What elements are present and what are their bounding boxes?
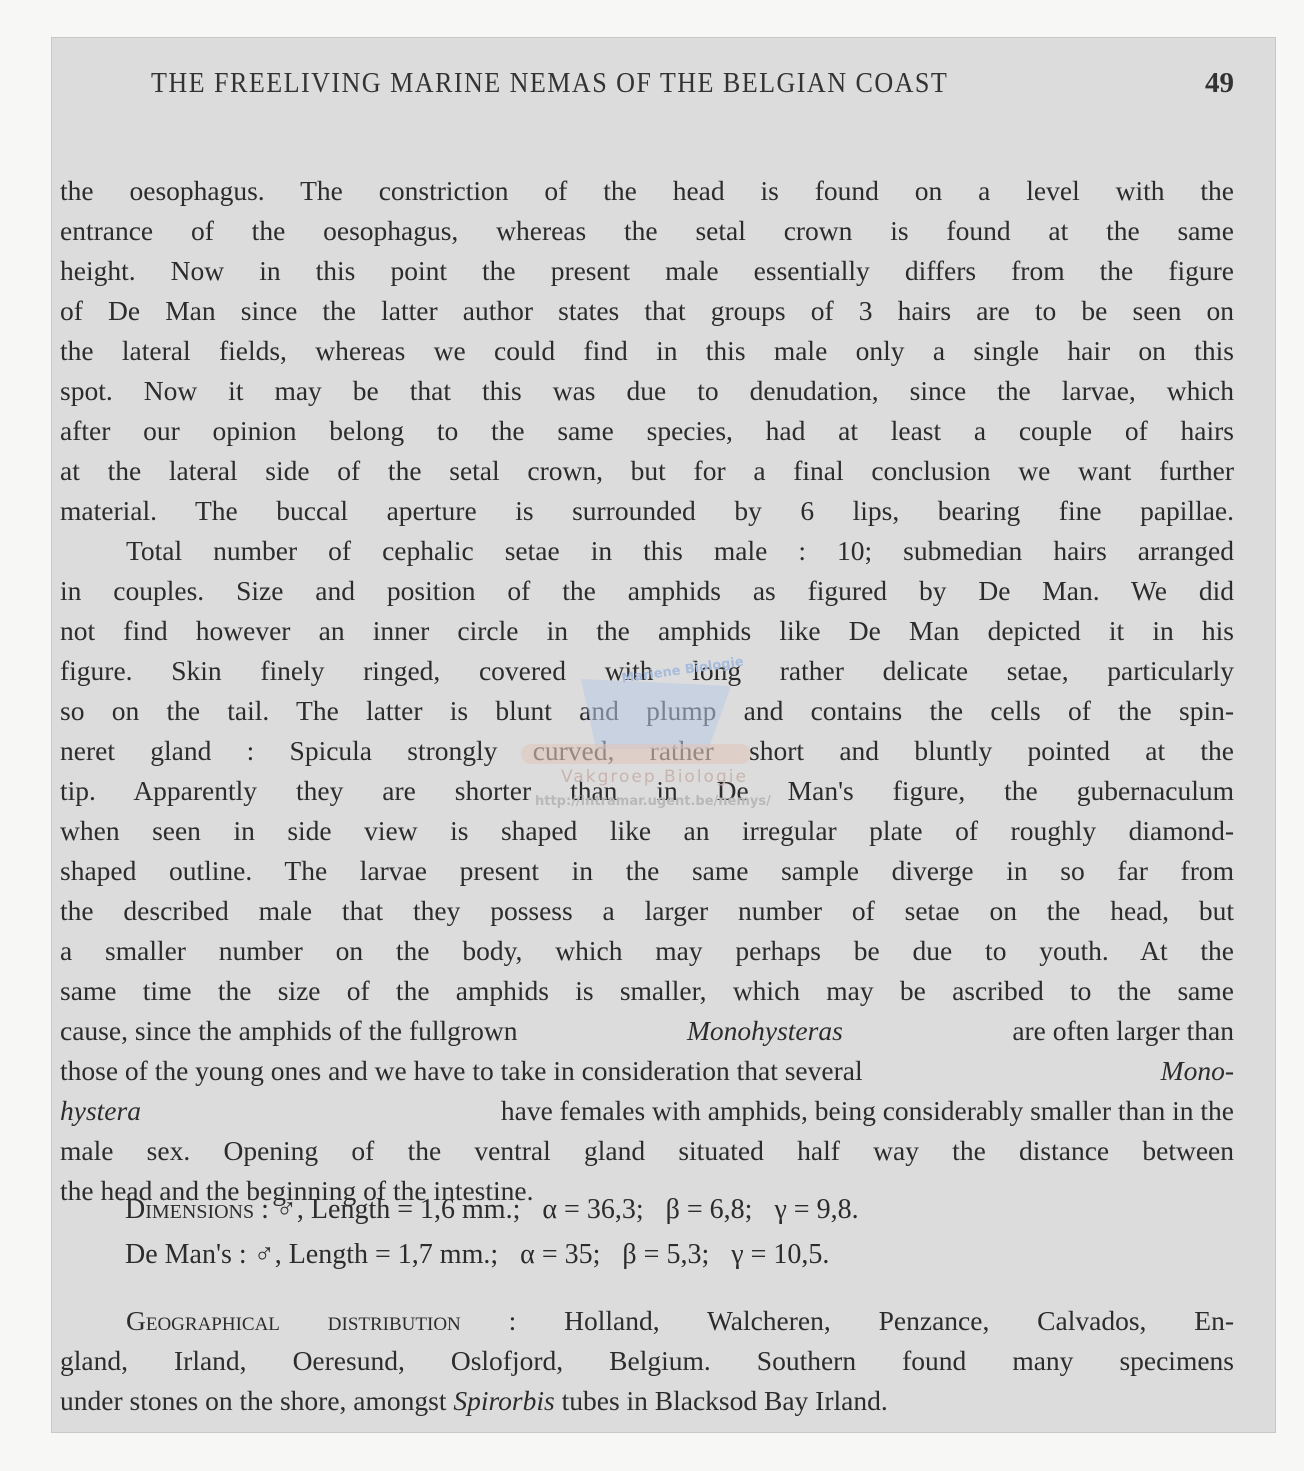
text-line: figure. Skin finely ringed, covered with… bbox=[60, 651, 1234, 691]
page-number: 49 bbox=[1205, 67, 1234, 100]
text-line: neret gland : Spicula strongly curved, r… bbox=[60, 731, 1234, 771]
text-line: same time the size of the amphids is sma… bbox=[60, 971, 1234, 1011]
separator: : bbox=[254, 1194, 276, 1225]
text-line: shaped outline. The larvae present in th… bbox=[60, 851, 1234, 891]
dimensions-label: Dimensions bbox=[125, 1194, 254, 1225]
body-paragraphs: the oesophagus. The constriction of the … bbox=[60, 171, 1234, 1211]
geographical-distribution: Geographical distribution : Holland, Wal… bbox=[60, 1301, 1234, 1421]
text-line: entrance of the oesophagus, whereas the … bbox=[60, 211, 1234, 251]
gamma-value: γ = 10,5. bbox=[731, 1239, 829, 1270]
text-line: under stones on the shore, amongst Spiro… bbox=[60, 1381, 1234, 1421]
text-line: Total number of cephalic setae in this m… bbox=[60, 531, 1234, 571]
text-line: after our opinion belong to the same spe… bbox=[60, 411, 1234, 451]
text-line: in couples. Size and position of the amp… bbox=[60, 571, 1234, 611]
text-line: spot. Now it may be that this was due to… bbox=[60, 371, 1234, 411]
italic-taxon: Mono- bbox=[1161, 1051, 1234, 1091]
text-line: not find however an inner circle in the … bbox=[60, 611, 1234, 651]
italic-taxon: hystera bbox=[60, 1091, 141, 1131]
text-line: Geographical distribution : Holland, Wal… bbox=[60, 1301, 1234, 1341]
text-fragment: those of the young ones and we have to t… bbox=[60, 1051, 863, 1091]
male-symbol-icon: ♂ bbox=[254, 1239, 275, 1270]
running-title: THE FREELIVING MARINE NEMAS OF THE BELGI… bbox=[151, 67, 948, 100]
dimensions-row-measured: Dimensions : ♂, Length = 1,6 mm.;α = 36,… bbox=[125, 1187, 1245, 1232]
dimensions-block: Dimensions : ♂, Length = 1,6 mm.;α = 36,… bbox=[125, 1187, 1245, 1277]
de-man-label: De Man's : bbox=[125, 1239, 254, 1270]
text-fragment: are often larger than bbox=[1012, 1011, 1234, 1051]
text-line: gland, Irland, Oeresund, Oslofjord, Belg… bbox=[60, 1341, 1234, 1381]
text-fragment: tubes in Blacksod Bay Irland. bbox=[555, 1385, 888, 1416]
text-fragment: : Holland, Walcheren, Penzance, Calvados… bbox=[461, 1305, 1234, 1336]
text-fragment: have females with amphids, being conside… bbox=[501, 1091, 1234, 1131]
italic-taxon: Spirorbis bbox=[453, 1385, 554, 1416]
alpha-value: α = 35; bbox=[520, 1239, 600, 1270]
italic-taxon: Monohysteras bbox=[687, 1011, 843, 1051]
text-line: so on the tail. The latter is blunt and … bbox=[60, 691, 1234, 731]
text-line-mixed: cause, since the amphids of the fullgrow… bbox=[60, 1011, 1234, 1051]
dimensions-row-de-man: De Man's : ♂, Length = 1,7 mm.;α = 35;β … bbox=[125, 1232, 1245, 1277]
text-line: the oesophagus. The constriction of the … bbox=[60, 171, 1234, 211]
text-fragment: under stones on the shore, amongst bbox=[60, 1385, 453, 1416]
text-line: material. The buccal aperture is surroun… bbox=[60, 491, 1234, 531]
beta-value: β = 5,3; bbox=[622, 1239, 709, 1270]
geo-label: Geographical distribution bbox=[126, 1305, 461, 1336]
text-line: when seen in side view is shaped like an… bbox=[60, 811, 1234, 851]
length-value: , Length = 1,7 mm.; bbox=[275, 1239, 498, 1270]
beta-value: β = 6,8; bbox=[666, 1194, 753, 1225]
male-symbol-icon: ♂ bbox=[276, 1194, 297, 1225]
alpha-value: α = 36,3; bbox=[542, 1194, 643, 1225]
length-value: , Length = 1,6 mm.; bbox=[297, 1194, 520, 1225]
text-line: of De Man since the latter author states… bbox=[60, 291, 1234, 331]
text-line: the described male that they possess a l… bbox=[60, 891, 1234, 931]
text-line: at the lateral side of the setal crown, … bbox=[60, 451, 1234, 491]
scanned-page: THE FREELIVING MARINE NEMAS OF THE BELGI… bbox=[51, 37, 1276, 1433]
text-line-mixed: hystera have females with amphids, being… bbox=[60, 1091, 1234, 1131]
text-line: male sex. Opening of the ventral gland s… bbox=[60, 1131, 1234, 1171]
text-line: the lateral fields, whereas we could fin… bbox=[60, 331, 1234, 371]
running-head: THE FREELIVING MARINE NEMAS OF THE BELGI… bbox=[51, 67, 1276, 107]
text-line: tip. Apparently they are shorter than in… bbox=[60, 771, 1234, 811]
text-line-mixed: those of the young ones and we have to t… bbox=[60, 1051, 1234, 1091]
text-fragment: cause, since the amphids of the fullgrow… bbox=[60, 1011, 517, 1051]
text-line: height. Now in this point the present ma… bbox=[60, 251, 1234, 291]
text-line: a smaller number on the body, which may … bbox=[60, 931, 1234, 971]
gamma-value: γ = 9,8. bbox=[774, 1194, 858, 1225]
